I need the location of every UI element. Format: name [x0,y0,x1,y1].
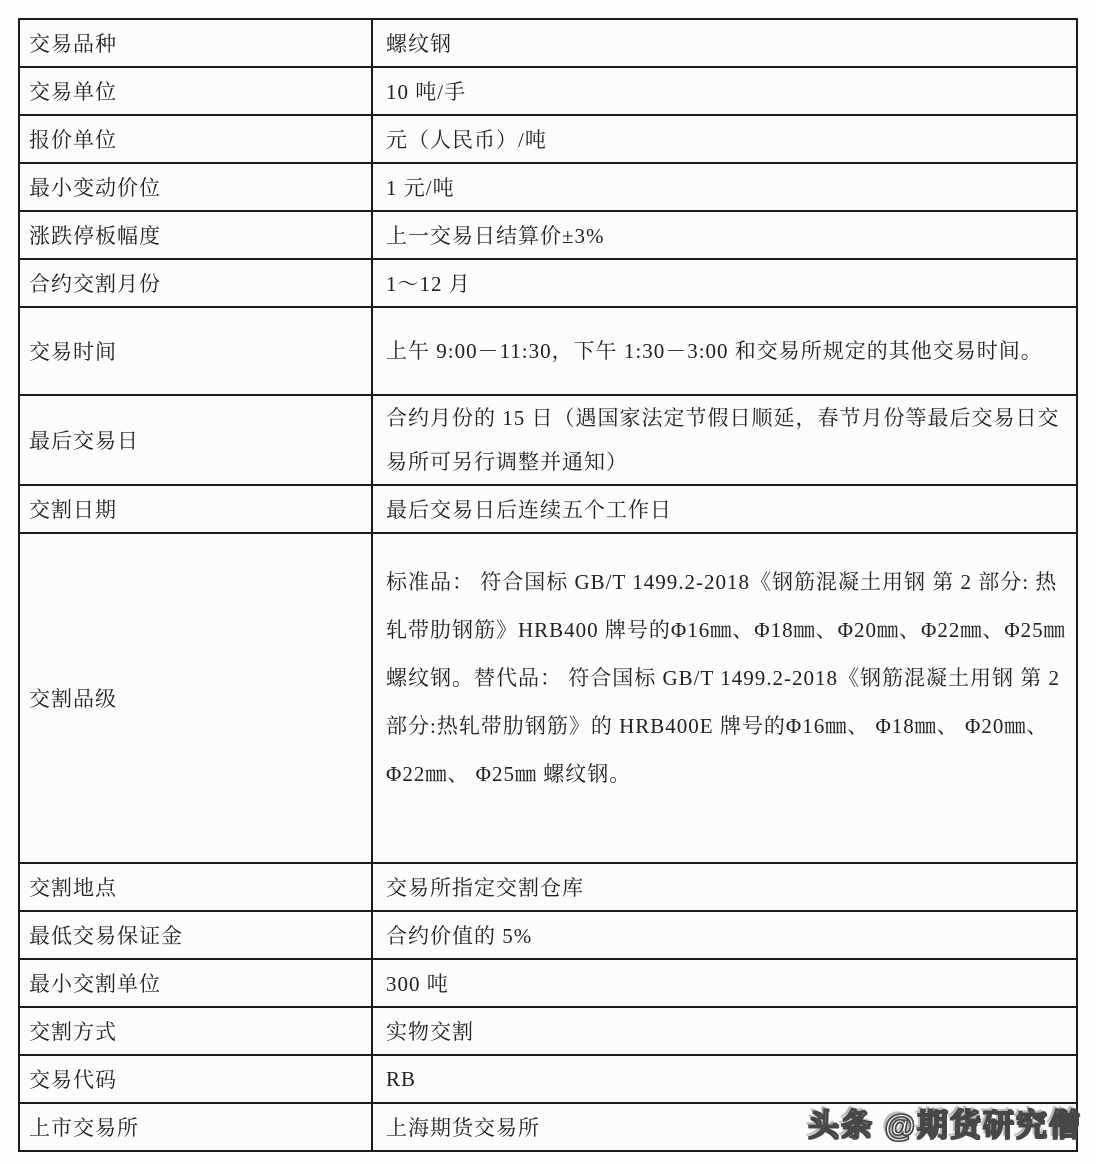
row-value: 300 吨 [372,959,1077,1007]
row-contract-months: 合约交割月份 1～12 月 [19,259,1077,307]
row-label: 合约交割月份 [19,259,372,307]
row-trading-hours: 交易时间 上午 9:00－11:30，下午 1:30－3:00 和交易所规定的其… [19,307,1077,395]
row-label: 交割品级 [19,533,372,863]
row-value: 螺纹钢 [372,19,1077,67]
row-price-limit: 涨跌停板幅度 上一交易日结算价±3% [19,211,1077,259]
row-label: 交割地点 [19,863,372,911]
row-value: 交易所指定交割仓库 [372,863,1077,911]
row-label: 涨跌停板幅度 [19,211,372,259]
row-last-trading-day: 最后交易日 合约月份的 15 日（遇国家法定节假日顺延，春节月份等最后交易日交易… [19,395,1077,485]
row-delivery-date: 交割日期 最后交易日后连续五个工作日 [19,485,1077,533]
row-value: RB [372,1055,1077,1103]
row-value: 合约月份的 15 日（遇国家法定节假日顺延，春节月份等最后交易日交易所可另行调整… [372,395,1077,485]
row-value: 标准品： 符合国标 GB/T 1499.2-2018《钢筋混凝土用钢 第 2 部… [372,533,1077,863]
row-delivery-place: 交割地点 交易所指定交割仓库 [19,863,1077,911]
row-value: 合约价值的 5% [372,911,1077,959]
row-label: 上市交易所 [19,1103,372,1151]
row-delivery-grade: 交割品级 标准品： 符合国标 GB/T 1499.2-2018《钢筋混凝土用钢 … [19,533,1077,863]
row-label: 最后交易日 [19,395,372,485]
row-label: 交割方式 [19,1007,372,1055]
row-value: 10 吨/手 [372,67,1077,115]
row-value: 上午 9:00－11:30，下午 1:30－3:00 和交易所规定的其他交易时间… [372,307,1077,395]
row-label: 交易单位 [19,67,372,115]
row-label: 报价单位 [19,115,372,163]
row-label: 最低交易保证金 [19,911,372,959]
row-trading-unit: 交易单位 10 吨/手 [19,67,1077,115]
row-label: 最小交割单位 [19,959,372,1007]
row-product-code: 交易代码 RB [19,1055,1077,1103]
row-value: 1 元/吨 [372,163,1077,211]
contract-spec-table: 交易品种 螺纹钢 交易单位 10 吨/手 报价单位 元（人民币）/吨 最小变动价… [18,18,1078,1152]
row-delivery-method: 交割方式 实物交割 [19,1007,1077,1055]
row-quotation-unit: 报价单位 元（人民币）/吨 [19,115,1077,163]
row-value: 元（人民币）/吨 [372,115,1077,163]
row-label: 交易品种 [19,19,372,67]
row-label: 交割日期 [19,485,372,533]
row-label: 交易代码 [19,1055,372,1103]
row-value: 实物交割 [372,1007,1077,1055]
row-value: 最后交易日后连续五个工作日 [372,485,1077,533]
row-tick-size: 最小变动价位 1 元/吨 [19,163,1077,211]
row-label: 最小变动价位 [19,163,372,211]
row-value: 1～12 月 [372,259,1077,307]
row-value: 上一交易日结算价±3% [372,211,1077,259]
toutiao-watermark: 头条 @期货研究僧 [808,1100,1082,1145]
row-label: 交易时间 [19,307,372,395]
row-min-delivery-unit: 最小交割单位 300 吨 [19,959,1077,1007]
row-min-margin: 最低交易保证金 合约价值的 5% [19,911,1077,959]
row-trading-variety: 交易品种 螺纹钢 [19,19,1077,67]
